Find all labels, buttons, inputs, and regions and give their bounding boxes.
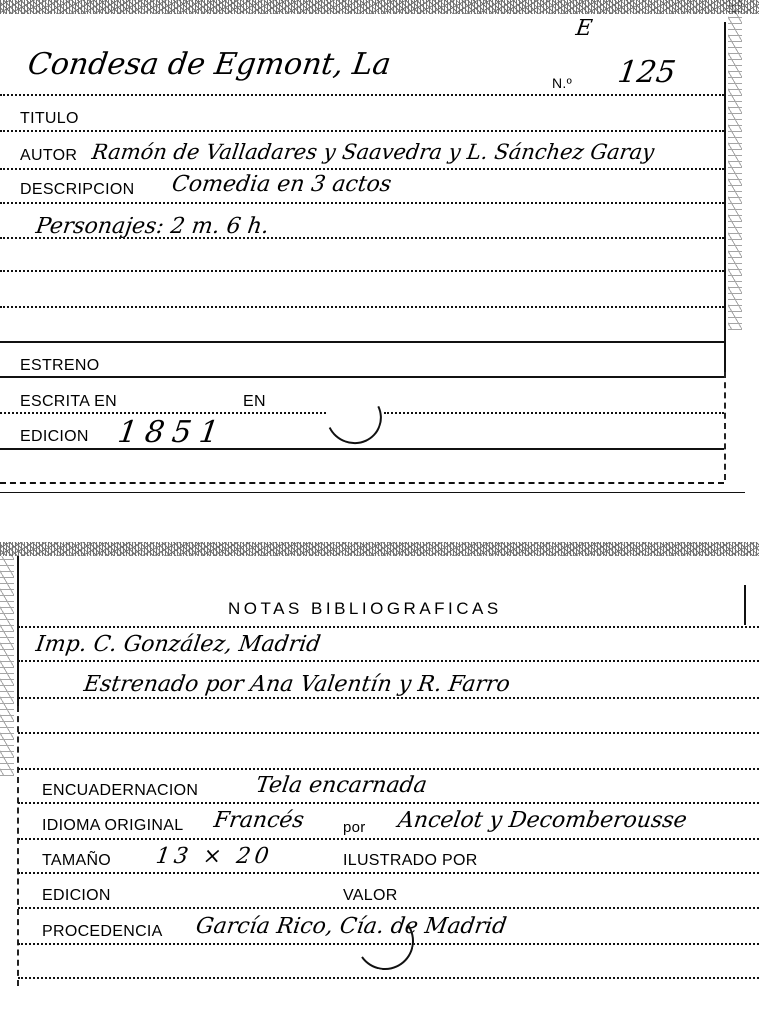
scan-edge-noise (0, 542, 759, 556)
card-left-border (17, 556, 19, 706)
notas-rule (18, 626, 759, 628)
personajes-handwritten: Personajes: 2 m. 6 h. (34, 216, 270, 238)
ilustrado-label: ILUSTRADO POR (343, 853, 478, 869)
tamano-handwritten: 13 × 20 (154, 846, 274, 868)
number-handwritten: 125 (616, 58, 677, 88)
autor-handwritten: Ramón de Valladares y Saavedra y L. Sánc… (91, 142, 656, 163)
escrita-rule-left (0, 412, 326, 414)
scan-side-noise (0, 556, 14, 776)
estreno-rule (0, 376, 724, 378)
blank-rule-1 (0, 270, 724, 272)
note-line-2: Estrenado por Ana Valentín y R. Farro (82, 674, 511, 696)
procedencia-handwritten: García Rico, Cía. de Madrid (194, 916, 507, 938)
por-label: por (343, 820, 366, 835)
descripcion-label: DESCRIPCION (20, 182, 134, 198)
card-right-border (744, 585, 746, 625)
edicion-handwritten: 1851 (116, 418, 229, 448)
note-line-1: Imp. C. González, Madrid (34, 634, 321, 656)
blank-rule-2 (0, 306, 724, 308)
note-rule-1 (18, 660, 759, 662)
card-right-border (724, 22, 726, 372)
blank-rule-3 (0, 341, 724, 343)
card-separator (0, 492, 745, 493)
autor-label: AUTOR (20, 148, 77, 164)
note-rule-2 (18, 697, 759, 699)
note-rule-4 (18, 768, 759, 770)
notas-heading: NOTAS BIBLIOGRAFICAS (228, 599, 502, 619)
punch-hole-mark (318, 382, 389, 452)
scan-side-noise (728, 0, 742, 330)
estreno-label: ESTRENO (20, 358, 99, 374)
tamano-label: TAMAÑO (42, 853, 111, 869)
title-handwritten: Condesa de Egmont, La (26, 50, 393, 80)
titulo-label: TITULO (20, 111, 79, 127)
descripcion-rule (0, 202, 724, 204)
blank-rule (18, 977, 759, 979)
procedencia-rule (18, 943, 759, 945)
idioma-label: IDIOMA ORIGINAL (42, 818, 183, 834)
encuadernacion-label: ENCUADERNACION (42, 783, 198, 799)
tamano-rule (18, 872, 759, 874)
encuadernacion-handwritten: Tela encarnada (254, 775, 428, 797)
idioma-handwritten: Francés (212, 810, 305, 832)
card-right-border-dashed (724, 372, 726, 480)
title-rule (0, 94, 724, 96)
autor-rule (0, 168, 724, 170)
titulo-rule (0, 130, 724, 132)
scan-edge-noise (0, 0, 759, 14)
number-prefix-mark: E (574, 18, 593, 40)
edicion-rule (0, 448, 724, 450)
number-label: N.º (552, 76, 572, 90)
edicion-label: EDICION (42, 888, 111, 904)
por-handwritten: Ancelot y Decomberousse (396, 810, 688, 832)
en-label: EN (243, 394, 266, 410)
escrita-rule-right (384, 412, 724, 414)
idioma-rule (18, 838, 759, 840)
escrita-en-label: ESCRITA EN (20, 394, 117, 410)
card-bottom-edge (0, 482, 724, 484)
edicion-rule (18, 907, 759, 909)
personajes-rule (0, 237, 724, 239)
valor-label: VALOR (343, 888, 398, 904)
edicion-label: EDICION (20, 429, 89, 445)
note-rule-3 (18, 732, 759, 734)
encuadernacion-rule (18, 802, 759, 804)
procedencia-label: PROCEDENCIA (42, 924, 163, 940)
descripcion-handwritten: Comedia en 3 actos (170, 174, 392, 196)
